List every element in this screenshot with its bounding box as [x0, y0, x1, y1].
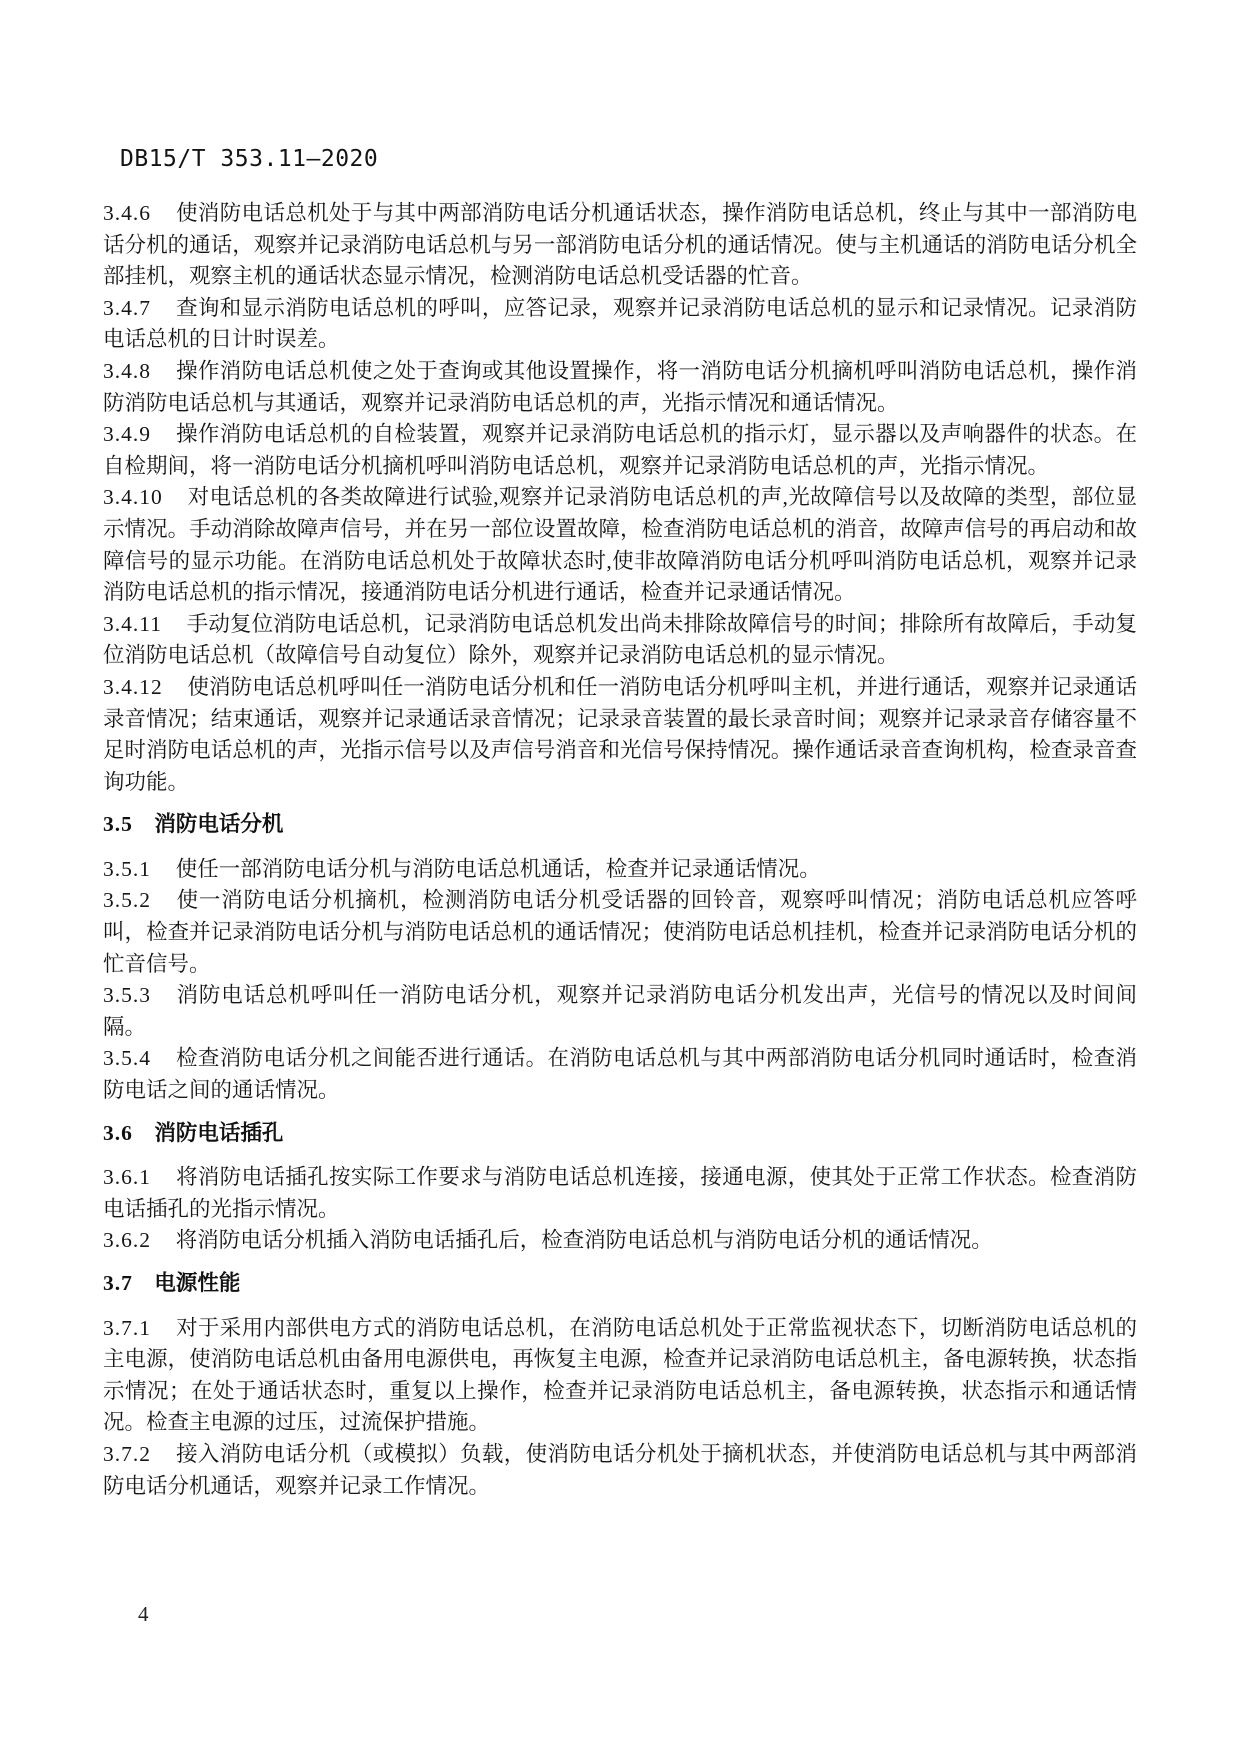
section-heading: 3.5消防电话分机 — [103, 809, 1137, 841]
clause-paragraph: 3.5.1使任一部消防电话分机与消防电话总机通话，检查并记录通话情况。 — [103, 854, 1137, 886]
clause-paragraph: 3.7.2接入消防电话分机（或模拟）负载，使消防电话分机处于摘机状态，并使消防电… — [103, 1439, 1137, 1502]
clause-paragraph: 3.4.10对电话总机的各类故障进行试验,观察并记录消防电话总机的声,光故障信号… — [103, 482, 1137, 608]
section-heading: 3.7电源性能 — [103, 1268, 1137, 1300]
clause-paragraph: 3.4.7查询和显示消防电话总机的呼叫，应答记录，观察并记录消防电话总机的显示和… — [103, 293, 1137, 356]
section-title: 消防电话插孔 — [154, 1121, 283, 1145]
clause-text: 使消防电话总机呼叫任一消防电话分机和任一消防电话分机呼叫主机，并进行通话，观察并… — [103, 675, 1137, 794]
section-title: 消防电话分机 — [154, 812, 283, 836]
clause-text: 接入消防电话分机（或模拟）负载，使消防电话分机处于摘机状态，并使消防电话总机与其… — [103, 1442, 1137, 1498]
clause-text: 消防电话总机呼叫任一消防电话分机，观察并记录消防电话分机发出声，光信号的情况以及… — [103, 983, 1137, 1039]
clause-paragraph: 3.6.2将消防电话分机插入消防电话插孔后，检查消防电话总机与消防电话分机的通话… — [103, 1225, 1137, 1257]
clause-paragraph: 3.6.1将消防电话插孔按实际工作要求与消防电话总机连接，接通电源，使其处于正常… — [103, 1162, 1137, 1225]
page-number: 4 — [138, 1602, 149, 1627]
clause-text: 操作消防电话总机使之处于查询或其他设置操作，将一消防电话分机摘机呼叫消防电话总机… — [103, 359, 1137, 415]
standard-number-header: DB15/T 353.11—2020 — [120, 146, 378, 172]
clause-number: 3.5.2 — [103, 888, 151, 912]
clause-number: 3.4.9 — [103, 422, 151, 446]
clause-paragraph: 3.4.8操作消防电话总机使之处于查询或其他设置操作，将一消防电话分机摘机呼叫消… — [103, 356, 1137, 419]
clause-paragraph: 3.7.1对于采用内部供电方式的消防电话总机，在消防电话总机处于正常监视状态下，… — [103, 1313, 1137, 1439]
clause-text: 将消防电话插孔按实际工作要求与消防电话总机连接，接通电源，使其处于正常工作状态。… — [103, 1165, 1137, 1221]
clause-number: 3.4.6 — [103, 201, 151, 225]
clause-paragraph: 3.5.2使一消防电话分机摘机，检测消防电话分机受话器的回铃音，观察呼叫情况；消… — [103, 885, 1137, 980]
clause-paragraph: 3.4.6使消防电话总机处于与其中两部消防电话分机通话状态，操作消防电话总机，终… — [103, 198, 1137, 293]
clause-text: 使一消防电话分机摘机，检测消防电话分机受话器的回铃音，观察呼叫情况；消防电话总机… — [103, 888, 1137, 975]
clause-number: 3.7.2 — [103, 1442, 151, 1466]
document-page: DB15/T 353.11—2020 3.4.6使消防电话总机处于与其中两部消防… — [0, 0, 1241, 1755]
clause-paragraph: 3.5.4检查消防电话分机之间能否进行通话。在消防电话总机与其中两部消防电话分机… — [103, 1043, 1137, 1106]
clause-number: 3.5.3 — [103, 983, 151, 1007]
clause-number: 3.4.8 — [103, 359, 151, 383]
document-body: 3.4.6使消防电话总机处于与其中两部消防电话分机通话状态，操作消防电话总机，终… — [103, 198, 1137, 1502]
section-number: 3.7 — [103, 1271, 133, 1295]
clause-text: 对于采用内部供电方式的消防电话总机，在消防电话总机处于正常监视状态下，切断消防电… — [103, 1316, 1137, 1435]
clause-text: 操作消防电话总机的自检装置，观察并记录消防电话总机的指示灯，显示器以及声响器件的… — [103, 422, 1137, 478]
clause-number: 3.7.1 — [103, 1316, 151, 1340]
clause-number: 3.5.1 — [103, 857, 151, 881]
clause-paragraph: 3.4.12使消防电话总机呼叫任一消防电话分机和任一消防电话分机呼叫主机，并进行… — [103, 672, 1137, 798]
clause-number: 3.4.7 — [103, 296, 151, 320]
clause-text: 将消防电话分机插入消防电话插孔后，检查消防电话总机与消防电话分机的通话情况。 — [176, 1228, 993, 1252]
clause-number: 3.4.11 — [103, 612, 162, 636]
clause-text: 手动复位消防电话总机，记录消防电话总机发出尚未排除故障信号的时间；排除所有故障后… — [103, 612, 1137, 668]
clause-number: 3.5.4 — [103, 1046, 151, 1070]
clause-text: 使任一部消防电话分机与消防电话总机通话，检查并记录通话情况。 — [176, 857, 821, 881]
clause-paragraph: 3.4.11手动复位消防电话总机，记录消防电话总机发出尚未排除故障信号的时间；排… — [103, 609, 1137, 672]
clause-number: 3.4.12 — [103, 675, 163, 699]
clause-text: 检查消防电话分机之间能否进行通话。在消防电话总机与其中两部消防电话分机同时通话时… — [103, 1046, 1137, 1102]
section-title: 电源性能 — [154, 1271, 240, 1295]
section-number: 3.6 — [103, 1121, 133, 1145]
clause-text: 查询和显示消防电话总机的呼叫，应答记录，观察并记录消防电话总机的显示和记录情况。… — [103, 296, 1137, 352]
clause-number: 3.4.10 — [103, 485, 163, 509]
section-heading: 3.6消防电话插孔 — [103, 1118, 1137, 1150]
clause-paragraph: 3.5.3消防电话总机呼叫任一消防电话分机，观察并记录消防电话分机发出声，光信号… — [103, 980, 1137, 1043]
clause-text: 使消防电话总机处于与其中两部消防电话分机通话状态，操作消防电话总机，终止与其中一… — [103, 201, 1137, 288]
clause-text: 对电话总机的各类故障进行试验,观察并记录消防电话总机的声,光故障信号以及故障的类… — [103, 485, 1137, 604]
clause-paragraph: 3.4.9操作消防电话总机的自检装置，观察并记录消防电话总机的指示灯，显示器以及… — [103, 419, 1137, 482]
section-number: 3.5 — [103, 812, 133, 836]
clause-number: 3.6.1 — [103, 1165, 151, 1189]
clause-number: 3.6.2 — [103, 1228, 151, 1252]
